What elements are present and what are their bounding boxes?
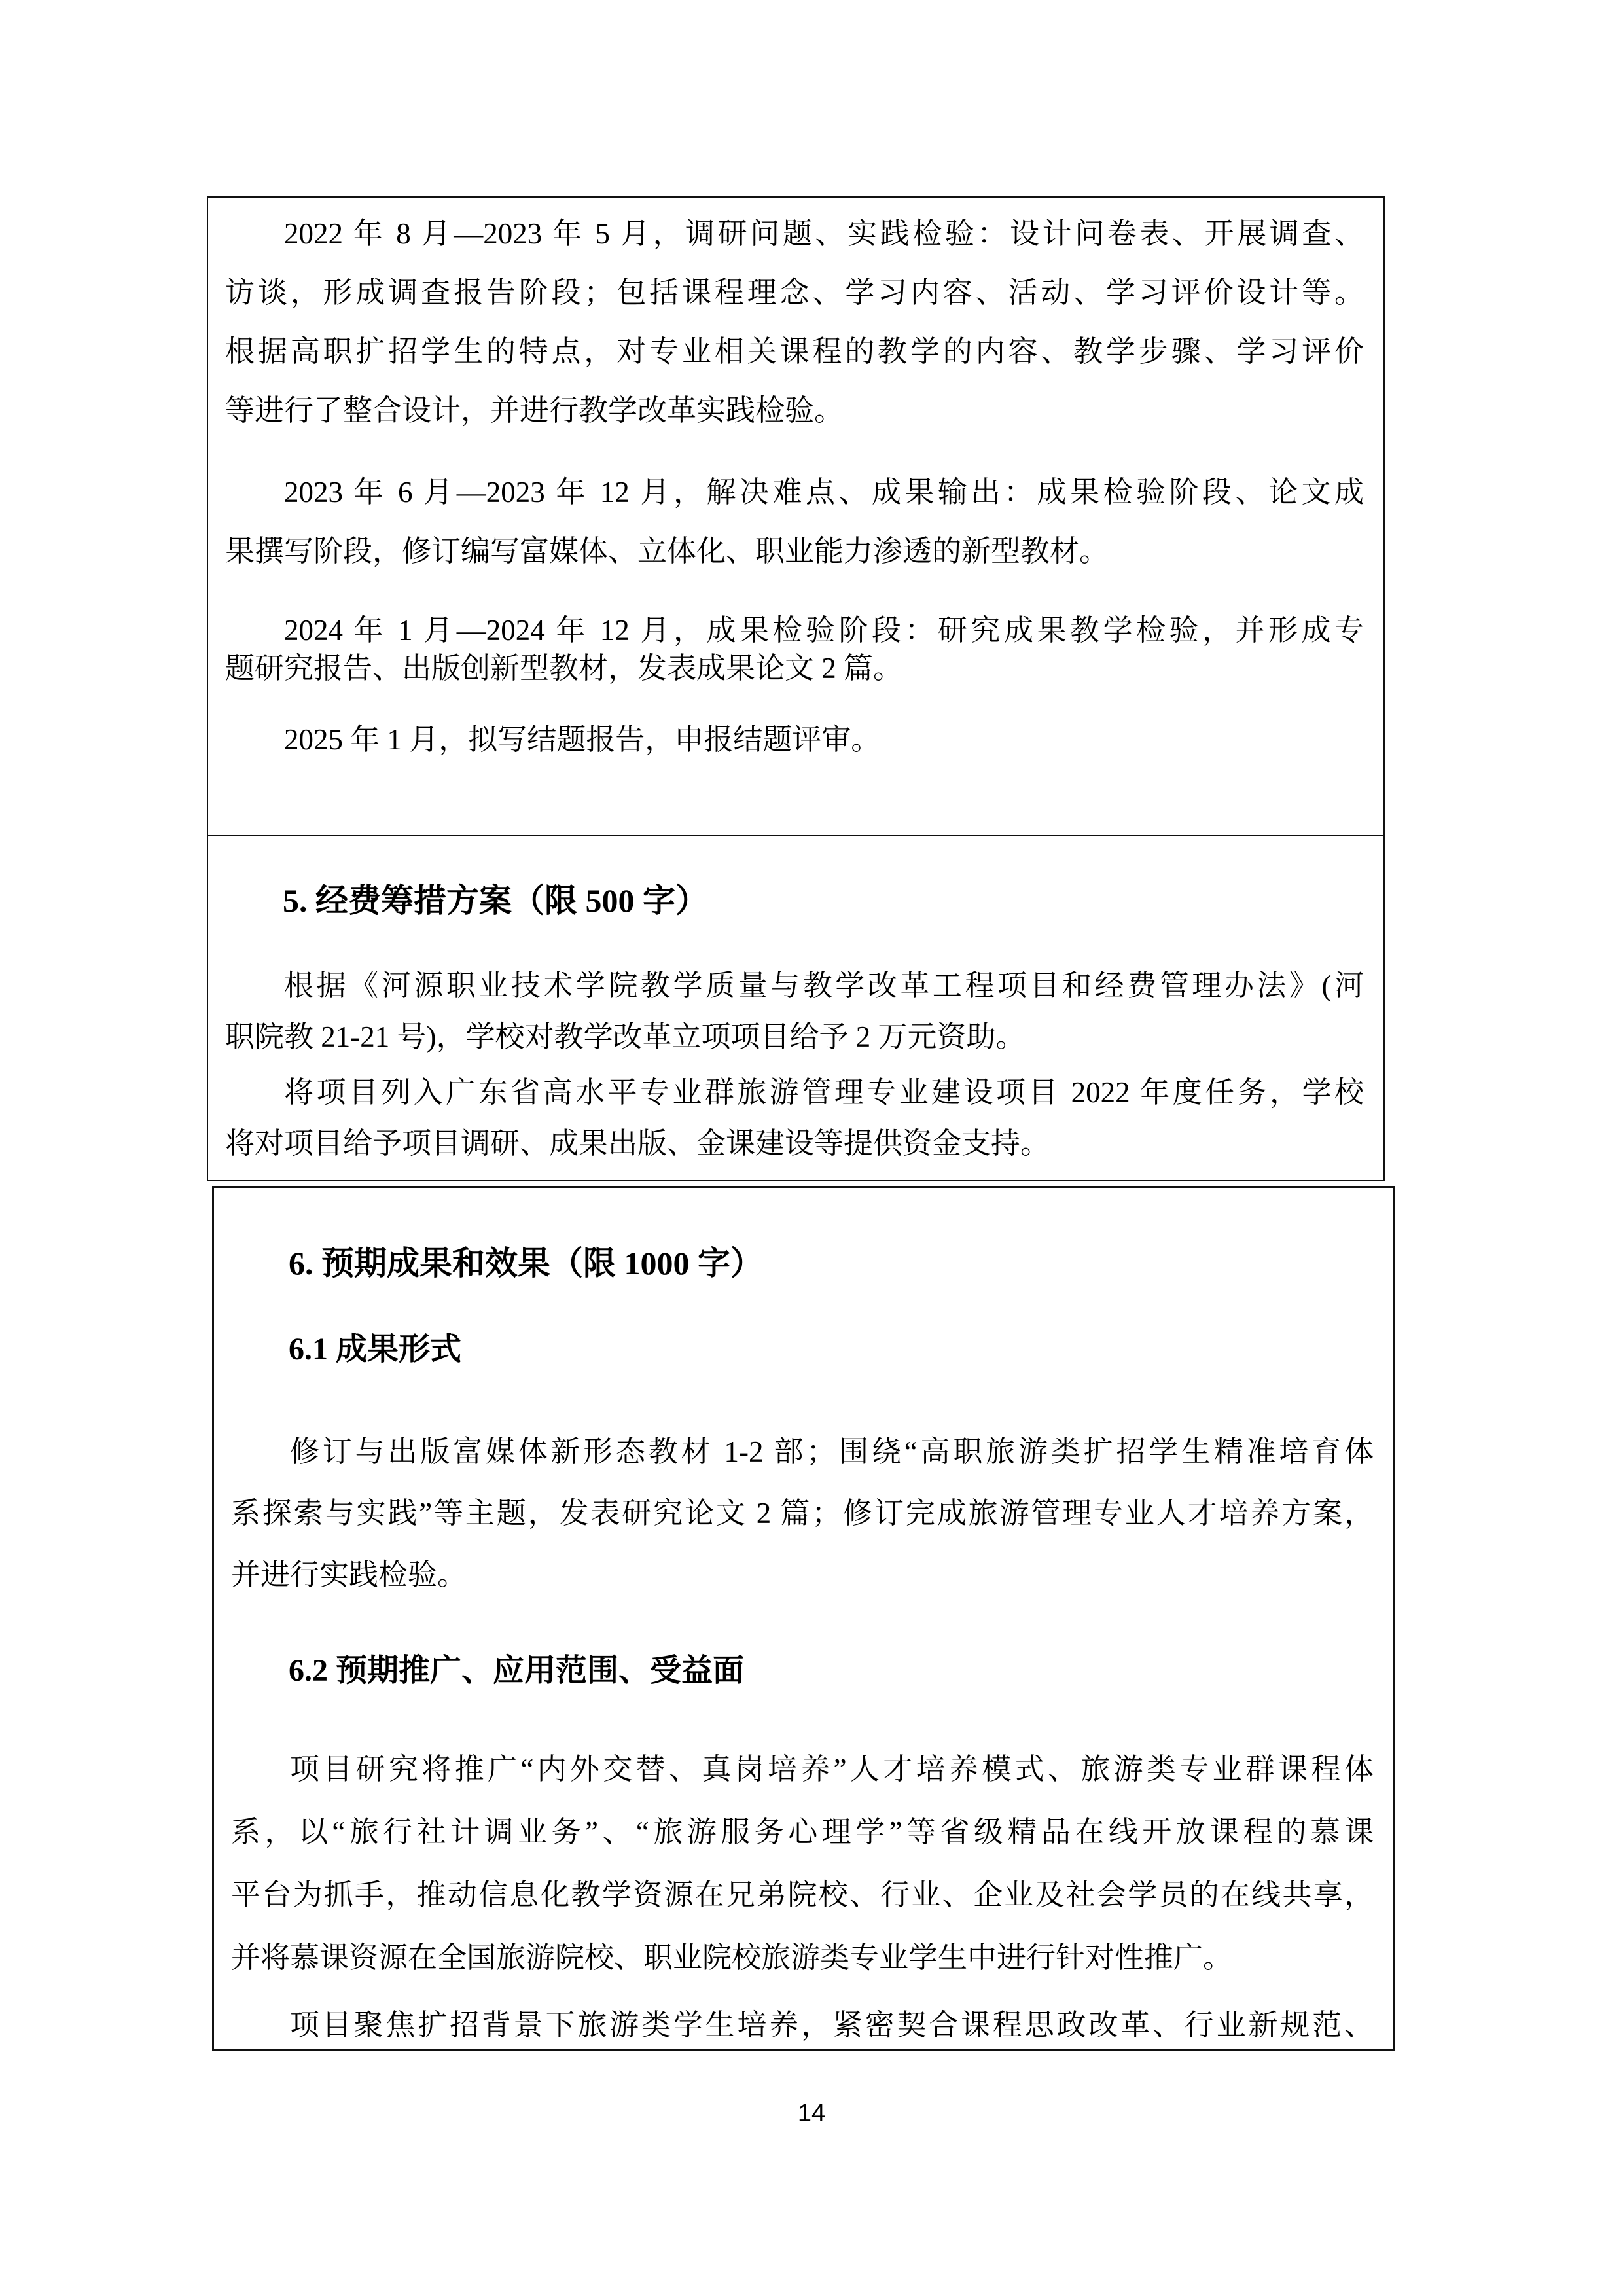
text-line: 系探索与实践”等主题，发表研究论文 2 篇；修订完成旅游管理专业人才培养方案， xyxy=(231,1482,1374,1544)
section5-heading: 5. 经费筹措方案（限 500 字） xyxy=(225,880,1364,922)
text-line: 项目聚焦扩招背景下旅游类学生培养，紧密契合课程思政改革、行业新规范、 xyxy=(231,1994,1374,2051)
text-line: 系，以“旅行社计调业务”、“旅游服务心理学”等省级精品在线开放课程的慕课 xyxy=(231,1801,1374,1863)
text-line: 并将慕课资源在全国旅游院校、职业院校旅游类专业学生中进行针对性推广。 xyxy=(231,1926,1374,1989)
text-line: 修订与出版富媒体新形态教材 1-2 部；围绕“高职旅游类扩招学生精准培育体 xyxy=(231,1421,1374,1482)
page-number: 14 xyxy=(0,2100,1623,2127)
text-line: 2024 年 1 月—2024 年 12 月，成果检验阶段：研究成果教学检验，并… xyxy=(225,611,1364,649)
text-line: 职院教 21-21 号)，学校对教学改革立项项目给予 2 万元资助。 xyxy=(225,1011,1364,1062)
text-line: 2023 年 6 月—2023 年 12 月，解决难点、成果输出：成果检验阶段、… xyxy=(225,463,1364,522)
text-line: 将对项目给予项目调研、成果出版、金课建设等提供资金支持。 xyxy=(225,1118,1364,1169)
text-line: 根据高职扩招学生的特点，对专业相关课程的教学的内容、教学步骤、学习评价 xyxy=(225,322,1364,381)
text-line: 访谈，形成调查报告阶段；包括课程理念、学习内容、活动、学习评价设计等。 xyxy=(225,263,1364,322)
text-line: 题研究报告、出版创新型教材，发表成果论文 2 篇。 xyxy=(225,649,1364,687)
text-line: 项目研究将推广“内外交替、真岗培养”人才培养模式、旅游类专业群课程体 xyxy=(231,1738,1374,1801)
schedule-cell: 2022 年 8 月—2023 年 5 月，调研问题、实践检验：设计问卷表、开展… xyxy=(208,198,1383,836)
section6-heading: 6. 预期成果和效果（限 1000 字） xyxy=(231,1240,1374,1286)
funding-cell: 5. 经费筹措方案（限 500 字） 根据《河源职业技术学院教学质量与教学改革工… xyxy=(208,836,1383,1179)
text-line: 等进行了整合设计，并进行教学改革实践检验。 xyxy=(225,381,1364,440)
text-line: 根据《河源职业技术学院教学质量与教学改革工程项目和经费管理办法》(河 xyxy=(225,960,1364,1011)
outcome-table: 6. 预期成果和效果（限 1000 字） 6.1 成果形式 修订与出版富媒体新形… xyxy=(212,1186,1395,2051)
text-line: 将项目列入广东省高水平专业群旅游管理专业建设项目 2022 年度任务，学校 xyxy=(225,1067,1364,1118)
text-line: 平台为抓手，推动信息化教学资源在兄弟院校、行业、企业及社会学员的在线共享， xyxy=(231,1863,1374,1926)
text-line: 2025 年 1 月，拟写结题报告，申报结题评审。 xyxy=(225,721,1364,759)
text-line: 并进行实践检验。 xyxy=(231,1544,1374,1605)
section6-2-heading: 6.2 预期推广、应用范围、受益面 xyxy=(231,1651,1374,1691)
document-page: 2022 年 8 月—2023 年 5 月，调研问题、实践检验：设计问卷表、开展… xyxy=(0,0,1623,2296)
schedule-funding-table: 2022 年 8 月—2023 年 5 月，调研问题、实践检验：设计问卷表、开展… xyxy=(207,196,1385,1181)
text-line: 果撰写阶段，修订编写富媒体、立体化、职业能力渗透的新型教材。 xyxy=(225,522,1364,581)
section6-1-heading: 6.1 成果形式 xyxy=(231,1329,1374,1370)
text-line: 2022 年 8 月—2023 年 5 月，调研问题、实践检验：设计问卷表、开展… xyxy=(225,204,1364,263)
